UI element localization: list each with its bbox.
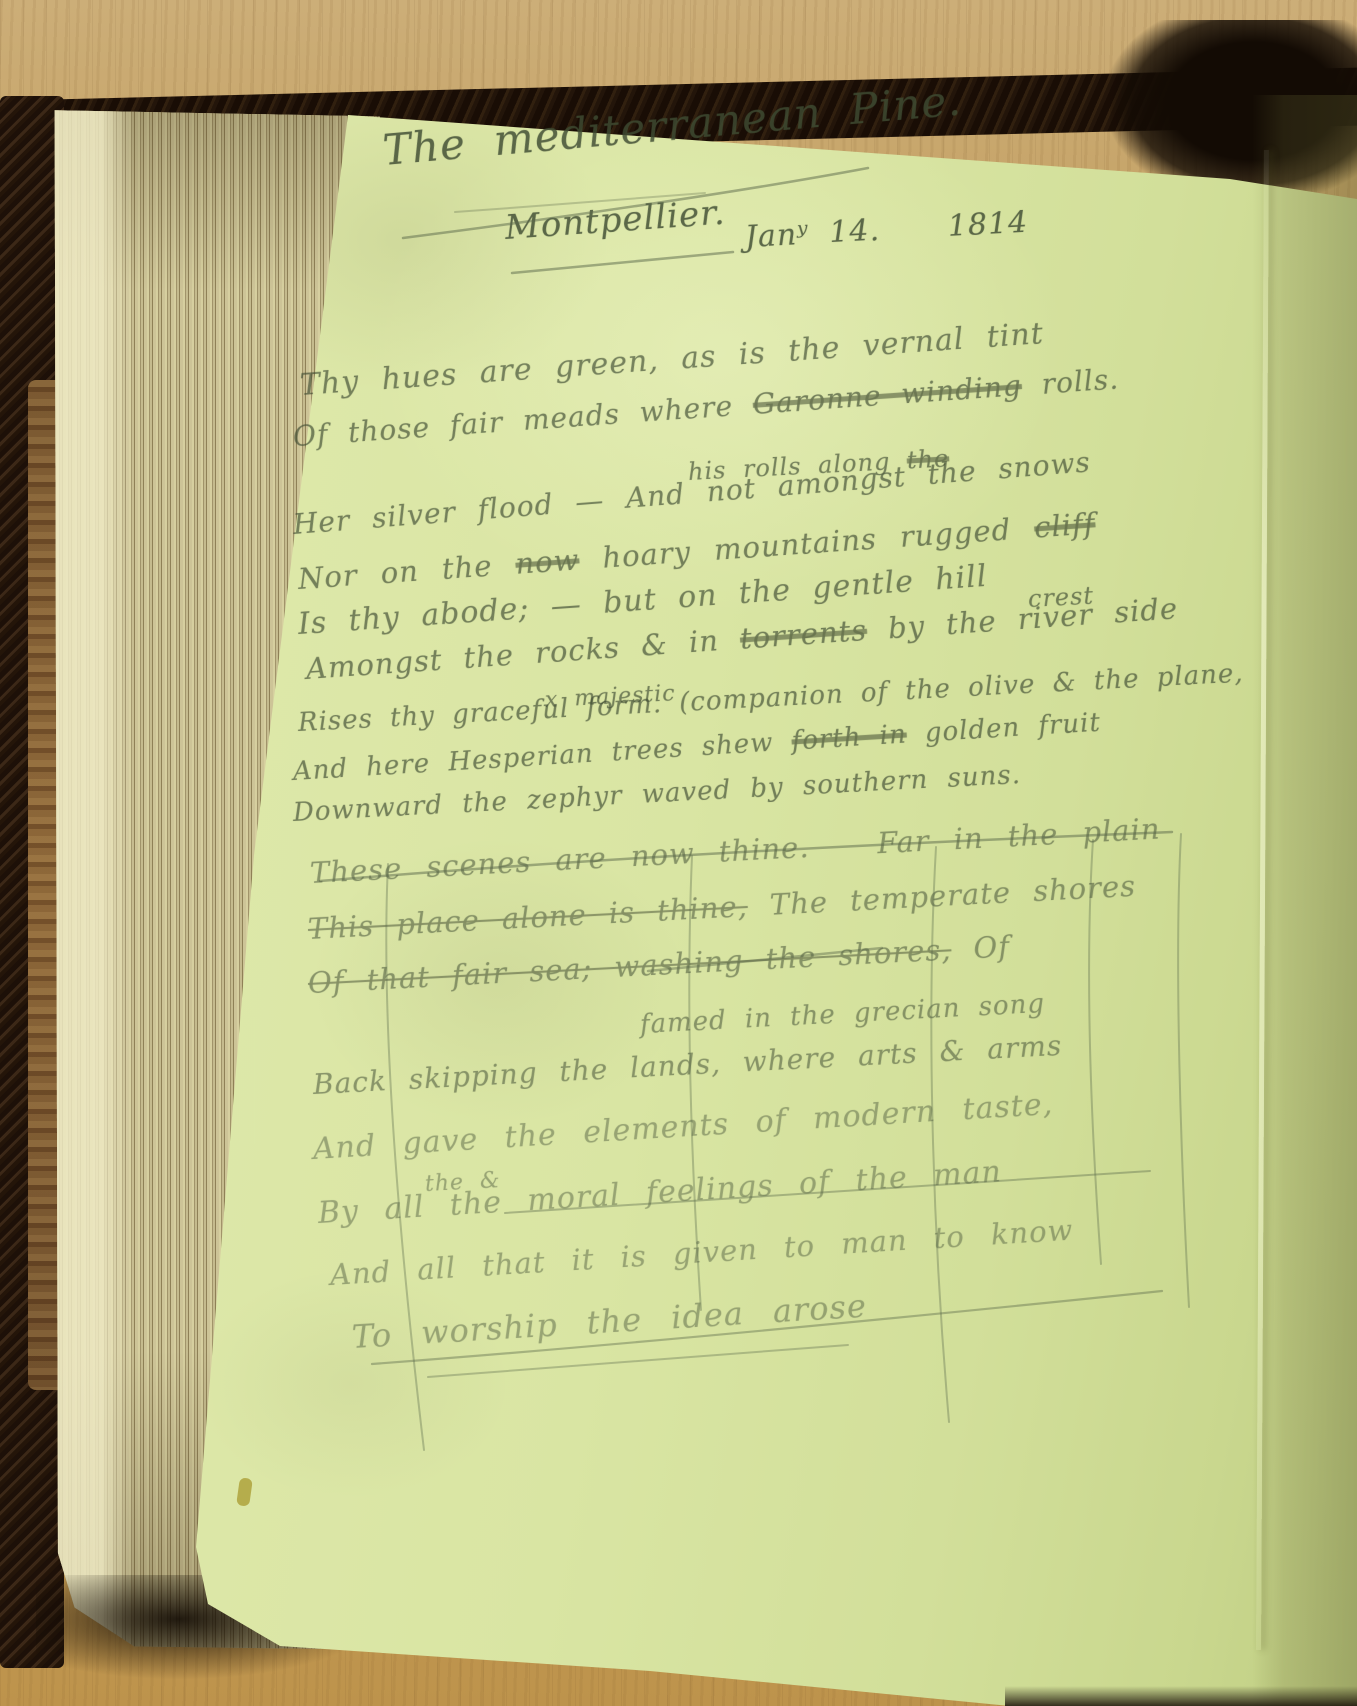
manuscript-line: And all that it is given to man to know <box>329 1213 1074 1292</box>
manuscript-line: Back skipping the lands, where arts & ar… <box>312 1029 1063 1101</box>
struck-text: now <box>514 542 580 580</box>
handwritten-text: Back skipping the lands, where arts & ar… <box>312 1029 1063 1101</box>
struck-text: torrents <box>739 613 868 656</box>
handwritten-text: Far in the plain <box>876 811 1161 860</box>
handwritten-text: And gave the elements of modern taste, <box>312 1087 1054 1167</box>
page-bottom-shadow <box>1005 1686 1357 1706</box>
manuscript-date: Janʸ 14.1814 <box>744 205 1029 255</box>
handwritten-text: by the river side <box>866 591 1179 647</box>
handwritten-text: And all that it is given to man to know <box>329 1213 1074 1292</box>
handwritten-text: Of <box>950 929 1010 966</box>
manuscript-title: The mediterranean Pine. <box>381 75 964 174</box>
struck-text: This place alone is thine, <box>307 889 748 946</box>
handwriting-layer: The mediterranean Pine. Montpellier. Jan… <box>0 0 1357 1706</box>
struck-text: Of that fair sea; washing the shores, <box>307 932 952 1000</box>
struck-text: Garonne winding <box>752 369 1023 421</box>
photo-canvas: The mediterranean Pine. Montpellier. Jan… <box>0 0 1357 1706</box>
manuscript-date-day: Janʸ 14. <box>744 213 881 255</box>
manuscript-date-year: 1814 <box>947 205 1029 244</box>
manuscript-line: And gave the elements of modern taste, <box>312 1087 1054 1167</box>
manuscript-line: To worship the idea arose <box>351 1287 868 1356</box>
manuscript-line: By all the moral feelings of the man <box>317 1154 1003 1231</box>
handwritten-text: rolls. <box>1021 362 1120 402</box>
handwritten-text: To worship the idea arose <box>351 1287 868 1356</box>
handwritten-text: Nor on the <box>297 547 517 596</box>
handwritten-text: These scenes are now thine. <box>309 830 810 890</box>
struck-text: forth in <box>791 719 908 756</box>
struck-text: cliff <box>1033 506 1096 544</box>
manuscript-place: Montpellier. <box>504 193 727 248</box>
handwritten-text: golden fruit <box>906 708 1102 750</box>
handwritten-text: The temperate shores <box>747 869 1137 923</box>
handwritten-text: By all the moral feelings of the man <box>317 1154 1003 1231</box>
